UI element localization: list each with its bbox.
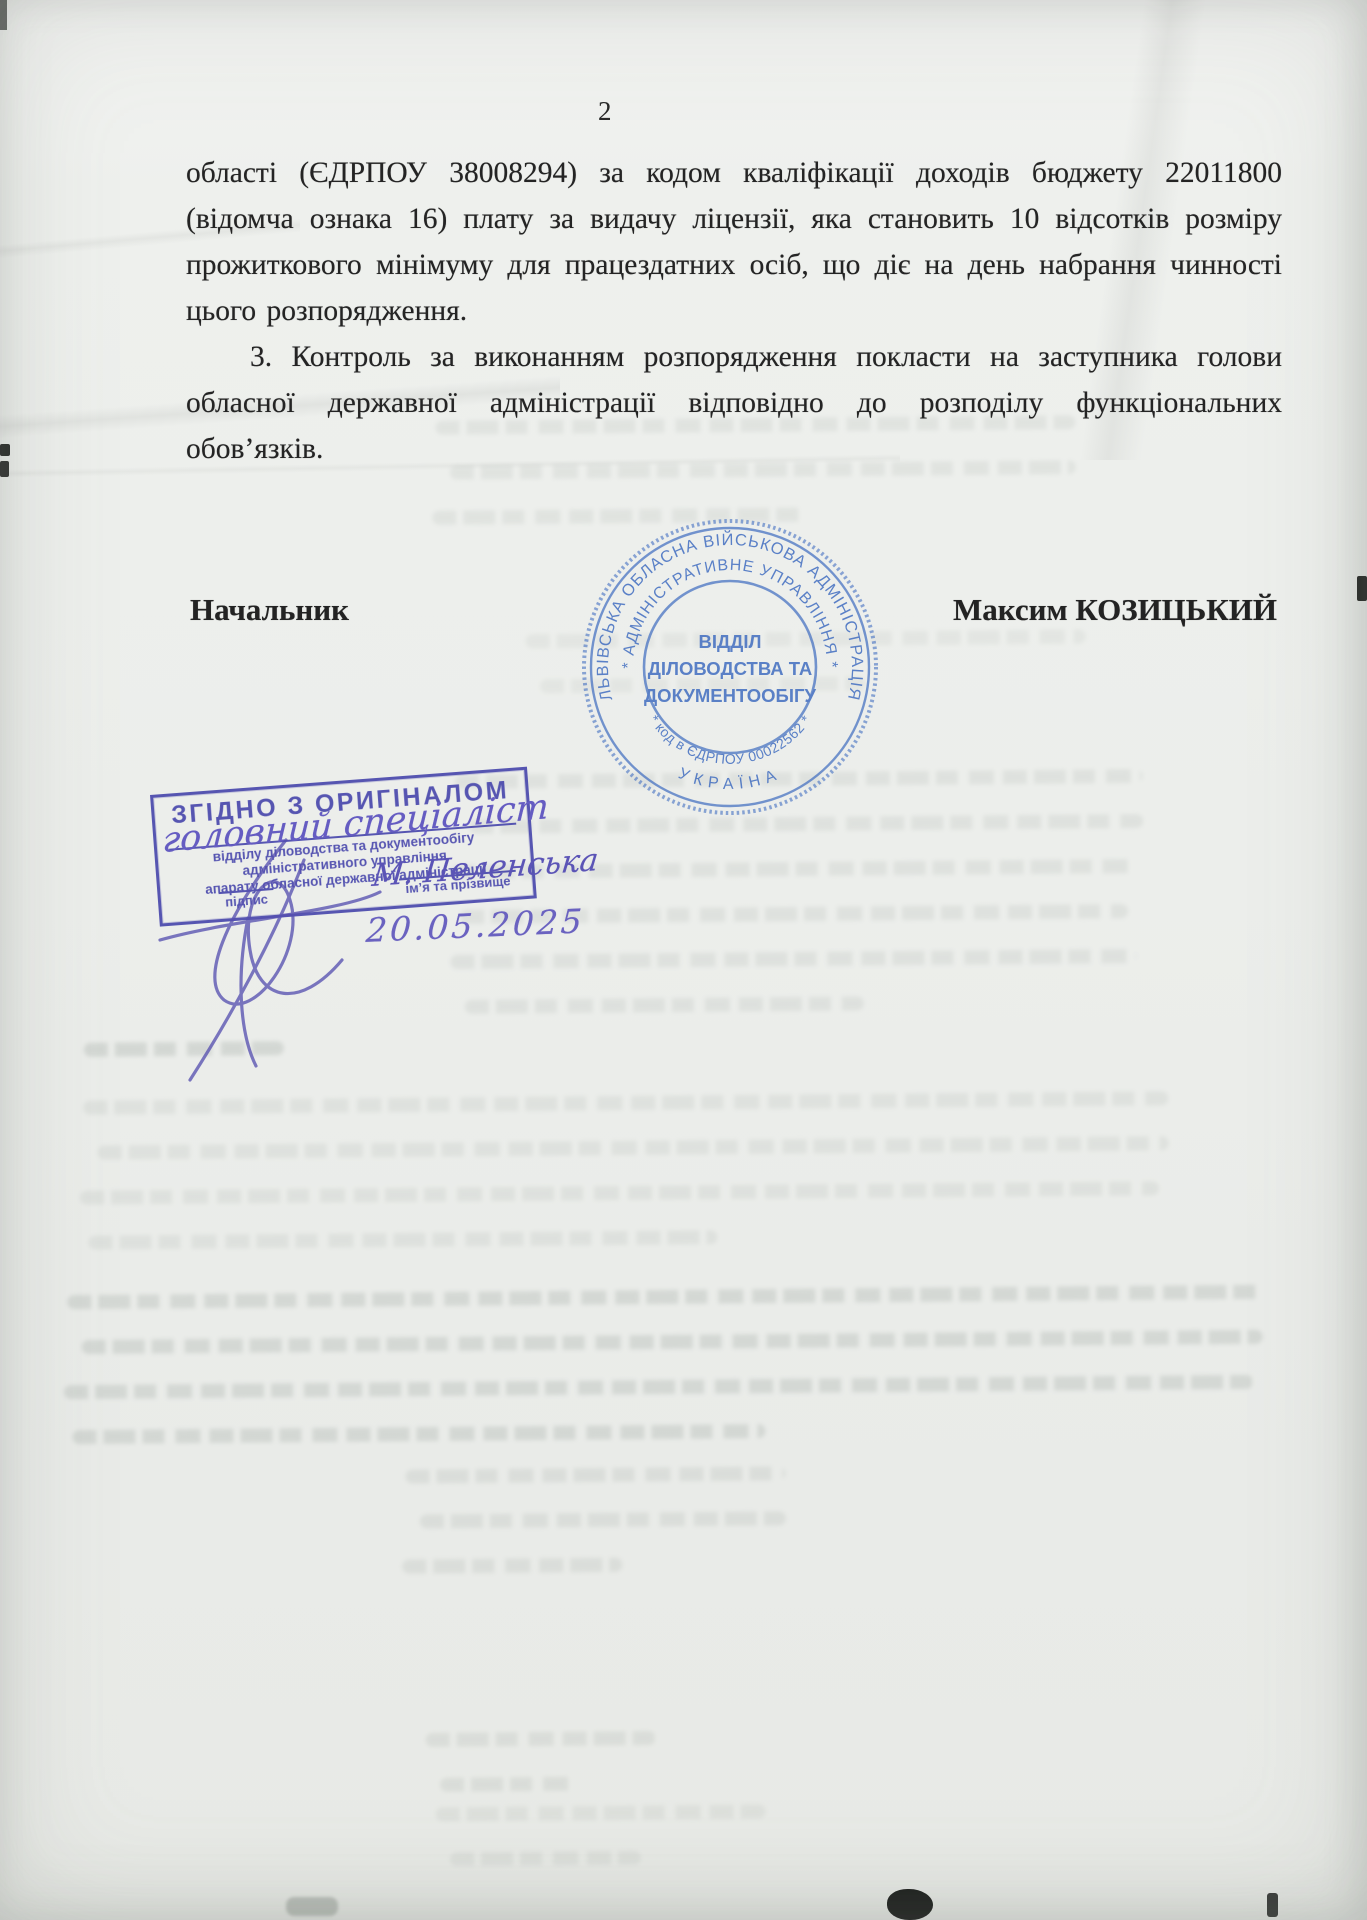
bleed-through-line [82,1330,1263,1354]
bleed-through-line [67,1285,1262,1309]
paragraph-control: 3. Контроль за виконанням розпорядження … [186,334,1282,472]
stamp-center-line-1: ВІДДІЛ [699,631,762,652]
official-round-stamp: ЛЬВІВСЬКА ОБЛАСНА ВІЙСЬКОВА АДМІНІСТРАЦІ… [580,517,880,817]
bleed-through-block [77,1091,1164,1280]
handwritten-signature [128,798,428,1098]
paragraph-license-fee: області (ЄДРПОУ 38008294) за кодом квалі… [186,150,1282,334]
signer-position: Начальник [190,592,349,628]
signer-name: Максим КОЗИЦЬКИЙ [953,592,1277,628]
scan-artifact-bottom [887,1889,933,1920]
scan-artifact-corner [0,0,7,30]
bleed-through-line [98,1136,1169,1159]
bleed-through-block [399,1466,780,1604]
bleed-through-block [61,1285,1258,1475]
bleed-through-line [426,1731,656,1747]
bleed-through-line [72,1424,765,1444]
scan-artifact-left-edge [0,461,9,477]
stamp-center-line-2: ДІЛОВОДСТВА ТА [648,658,813,679]
bleed-through-line [88,1230,717,1249]
bleed-through-line [402,1558,623,1574]
bleed-through-line [450,949,1136,969]
stamp-middle-ring-bottom: * код в ЄДРПОУ 00022562 * [646,712,814,767]
scan-artifact-right-edge [1357,576,1367,601]
bleed-through-line [64,1375,1253,1399]
scan-artifact-bottom-smudge [286,1897,338,1916]
stamp-outer-ring-bottom: УКРАЇНА [676,765,784,793]
page-number: 2 [598,96,612,127]
bleed-through-line [420,1511,786,1528]
body-text: області (ЄДРПОУ 38008294) за кодом квалі… [186,150,1282,472]
scan-artifact-bottom [1267,1893,1278,1917]
bleed-through-block [430,1805,761,1898]
bleed-through-line [465,996,864,1013]
bleed-through-line [436,1805,766,1822]
bleed-through-line [405,1466,785,1483]
bleed-through-line [450,1851,642,1867]
bleed-through-line [80,1181,1159,1204]
scan-artifact-left-edge [0,444,10,456]
bleed-through-block [420,1731,651,1823]
scanned-document-page: 2 області (ЄДРПОУ 38008294) за кодом ква… [0,0,1367,1920]
stamp-center-line-3: ДОКУМЕНТООБІГУ [644,685,816,706]
bleed-through-line [440,1777,574,1792]
